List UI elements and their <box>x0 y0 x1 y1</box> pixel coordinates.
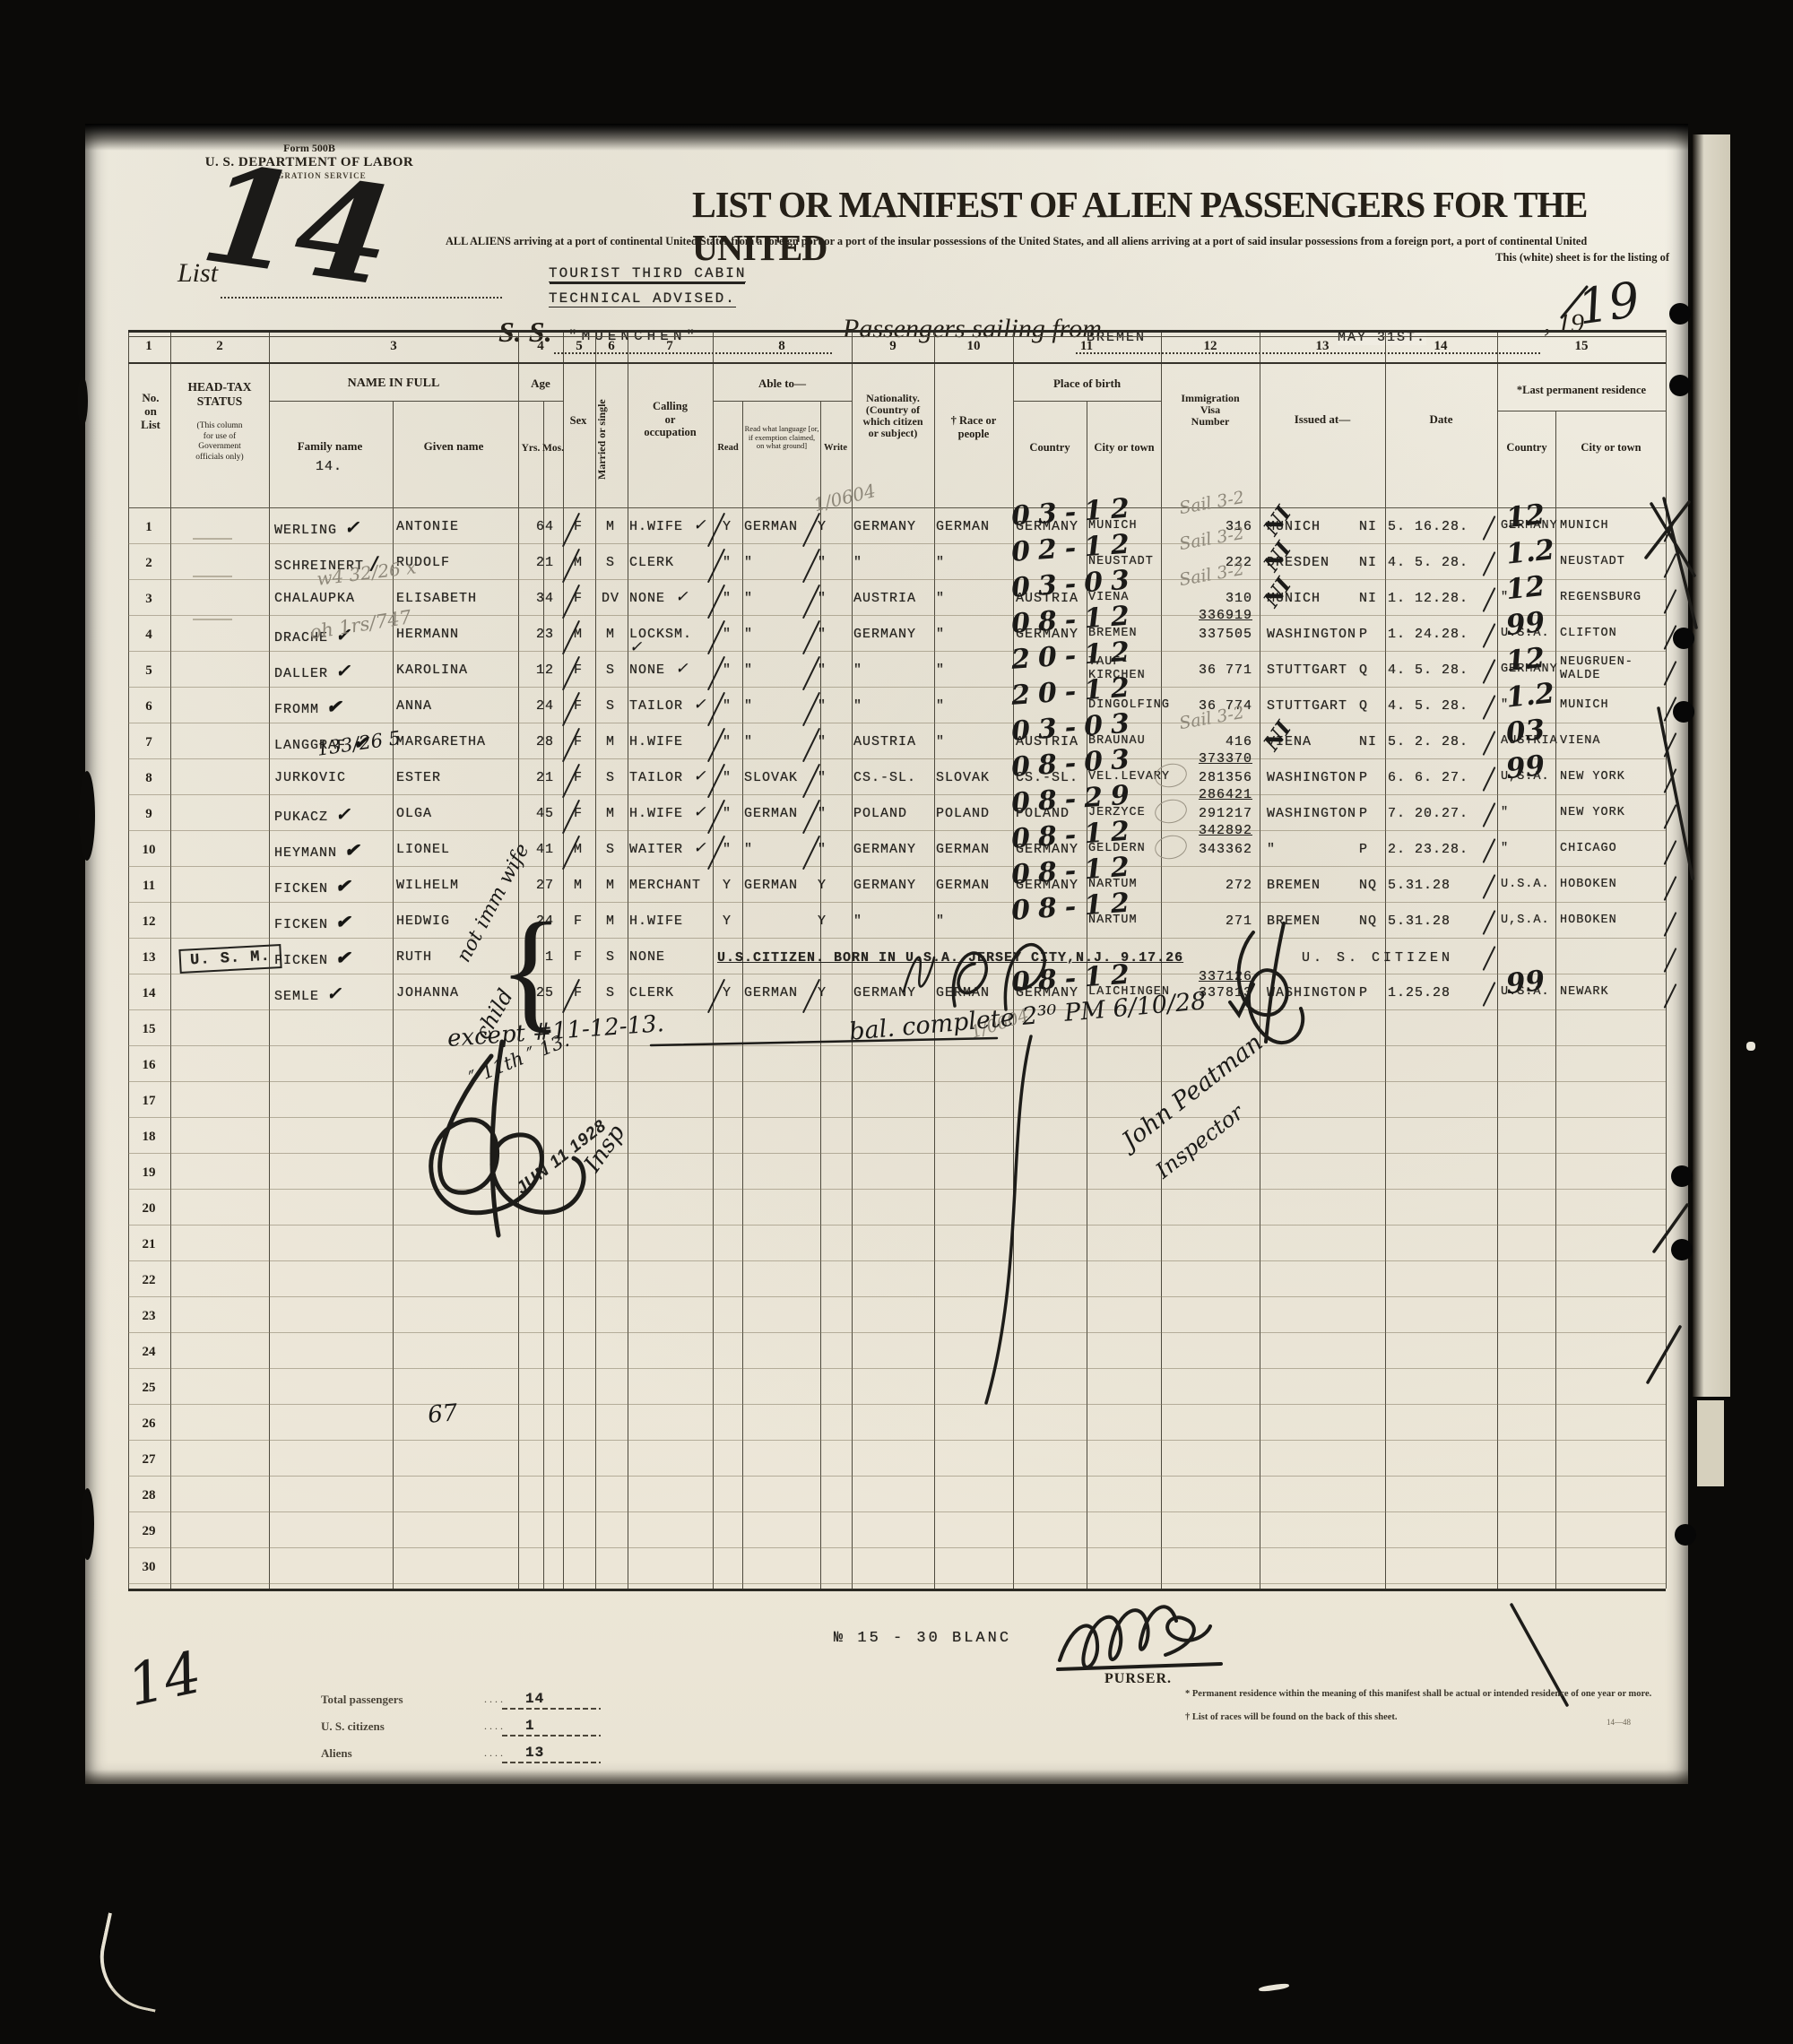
cell-fam: DALLER ✓ <box>274 663 394 681</box>
total-underline <box>502 1708 601 1710</box>
cell-iss: BREMEN <box>1267 879 1358 893</box>
cell-giv: ESTER <box>396 771 511 785</box>
column-header: Write <box>819 443 852 455</box>
cell-sex: M <box>565 879 592 893</box>
column-header: Calling or occupation <box>628 400 713 439</box>
row-number: 30 <box>131 1560 167 1575</box>
row-number: 2 <box>131 556 167 571</box>
row-rule <box>128 1009 1666 1010</box>
cell-lang: " <box>744 663 818 678</box>
column-header: Age <box>518 377 563 390</box>
row-number: 27 <box>131 1452 167 1468</box>
pencil-dash <box>193 576 232 577</box>
class-stamp: TOURIST THIRD CABIN <box>549 265 746 282</box>
total-value: 14 <box>525 1691 544 1707</box>
cell-mar: S <box>595 771 626 785</box>
column-number: 11 <box>1069 339 1104 354</box>
row-rule <box>128 687 1666 688</box>
cell-lang: " <box>744 556 818 570</box>
cell-rci: HOBOKEN <box>1560 914 1662 928</box>
cell-lang: GERMAN <box>744 986 818 1000</box>
punch-hole <box>1673 701 1694 723</box>
column-number: 7 <box>652 339 688 354</box>
row-number: 10 <box>131 843 167 858</box>
pencil-dash <box>193 619 232 620</box>
row-rule <box>128 1189 1666 1190</box>
row-number: 1 <box>131 520 167 535</box>
cell-call: LOCKSM. ✓ <box>629 628 712 656</box>
row-rule <box>128 1296 1666 1297</box>
cell-lang: " <box>744 628 818 642</box>
cell-race: GERMAN <box>936 520 1011 534</box>
cell-rci: CLIFTON <box>1560 628 1662 641</box>
family-checkmark: ✓ <box>328 803 351 825</box>
cell-mar: S <box>595 699 626 714</box>
column-header: Nationality. (Country of which citizen o… <box>852 393 934 439</box>
cell-visa2: 337126 <box>1161 969 1252 984</box>
column-header: Mos. <box>541 443 565 455</box>
column-number: 15 <box>1563 339 1599 354</box>
cell-code: NI <box>1359 520 1386 534</box>
row-number: 13 <box>131 950 167 966</box>
cell-giv: KAROLINA <box>396 663 511 678</box>
row-rule <box>128 1368 1666 1369</box>
family-checkmark: ✔ <box>328 911 351 932</box>
column-header: Country <box>1015 441 1085 455</box>
cell-iss: WASHINGTON <box>1267 807 1358 821</box>
cell-mar: M <box>595 879 626 893</box>
white-speck <box>1746 1042 1755 1051</box>
family-checkmark: ✓ <box>319 983 342 1004</box>
punch-hole <box>1673 628 1694 649</box>
cell-yrs: 64 <box>518 520 554 534</box>
calling-checkmark: ✓ <box>665 590 689 607</box>
cell-nat: AUSTRIA <box>853 735 932 749</box>
column-number: 4 <box>523 339 559 354</box>
handwritten-ink2: 67 <box>427 1399 459 1429</box>
cell-code: P <box>1359 771 1386 785</box>
row-number: 23 <box>131 1309 167 1324</box>
row-rule <box>128 974 1666 974</box>
cell-code: P <box>1359 628 1386 642</box>
column-header: Given name <box>400 439 507 453</box>
header-split-rule <box>1013 401 1161 402</box>
hw-residence-code: 1.2 <box>1504 677 1555 714</box>
column-number: 13 <box>1304 339 1340 354</box>
cell-read: Y <box>714 879 741 893</box>
column-header: Read what language [or, if exemption cla… <box>744 425 819 451</box>
table-column-line <box>563 330 564 1589</box>
cell-iss: BREMEN <box>1267 914 1358 929</box>
cell-visa: 337505 <box>1161 628 1252 642</box>
hw-residence-code: 12 <box>1504 498 1546 534</box>
advised-stamp: TECHNICAL ADVISED. <box>549 290 736 307</box>
row-number: 18 <box>131 1130 167 1145</box>
header-bottom-rule <box>128 507 1666 508</box>
cell-visa: 310 <box>1161 592 1252 606</box>
cell-yrs: 12 <box>518 663 554 678</box>
cell-iss: WASHINGTON <box>1267 771 1358 785</box>
table-column-line <box>128 330 129 1589</box>
header-split-rule <box>269 401 518 402</box>
row-rule <box>128 758 1666 759</box>
cell-date: 4. 5. 28. <box>1388 663 1488 678</box>
calling-checkmark: ✓ <box>683 805 706 822</box>
row-rule <box>128 1153 1666 1154</box>
cell-call: TAILOR ✓ <box>629 771 712 785</box>
cell-nat: GERMANY <box>853 843 932 857</box>
row-rule <box>128 1332 1666 1333</box>
cell-call: H.WIFE <box>629 914 712 929</box>
cell-rco: " <box>1501 807 1555 820</box>
row-number: 29 <box>131 1524 167 1539</box>
hw-residence-code: 1.2 <box>1504 533 1555 570</box>
cell-mar: S <box>595 950 626 965</box>
cell-mar: M <box>595 628 626 642</box>
cell-fam: HEYMANN ✔ <box>274 843 394 861</box>
cell-fam: SEMLE ✓ <box>274 986 394 1004</box>
column-number: 14 <box>1423 339 1459 354</box>
cell-race: POLAND <box>936 807 1011 821</box>
paper-curl <box>91 1912 174 2012</box>
punch-hole <box>1671 1239 1693 1260</box>
cell-rci: HOBOKEN <box>1560 879 1662 892</box>
cell-write: Y <box>808 914 836 929</box>
column-header: Country <box>1499 441 1555 455</box>
cell-iss: WASHINGTON <box>1267 628 1358 642</box>
cell-lang: " <box>744 592 818 606</box>
cell-date: 1.25.28 <box>1388 986 1488 1000</box>
cell-code: P <box>1359 807 1386 821</box>
cell-yrs: 27 <box>518 879 554 893</box>
table-top-rule2 <box>128 336 1666 337</box>
table-subcolumn-line <box>1555 411 1556 1589</box>
row-number: 20 <box>131 1201 167 1217</box>
cell-mar: M <box>595 735 626 749</box>
cell-mar: S <box>595 663 626 678</box>
row-rule <box>128 1404 1666 1405</box>
row-number: 6 <box>131 699 167 715</box>
column-header: *Last permanent residence <box>1499 384 1664 397</box>
table-bottom-rule <box>128 1589 1666 1591</box>
row-rule <box>128 1547 1666 1548</box>
column-header: City or town <box>1088 441 1160 455</box>
cell-nat: " <box>853 663 932 678</box>
row-number: 7 <box>131 735 167 750</box>
cell-code: NQ <box>1359 879 1386 893</box>
pencil-dash <box>193 538 232 540</box>
cell-yrs: 28 <box>518 735 554 749</box>
cell-visa: 36 771 <box>1161 663 1252 678</box>
cell-nat: GERMANY <box>853 879 932 893</box>
subtitle-line2: This (white) sheet is for the listing of <box>1255 251 1669 264</box>
cell-yrs: 21 <box>518 771 554 785</box>
column-header: Date <box>1385 412 1497 426</box>
cell-code: P <box>1359 986 1386 1000</box>
cell-race: " <box>936 556 1011 570</box>
cell-rci: MUNICH <box>1560 520 1662 533</box>
column-header: Immigration Visa Number <box>1163 393 1258 428</box>
cell-read: Y <box>714 914 741 929</box>
cell-lang: SLOVAK <box>744 771 818 785</box>
column-header: (This column for use of Government offic… <box>176 421 264 463</box>
cell-mar: S <box>595 556 626 570</box>
column-number: 12 <box>1192 339 1228 354</box>
cell-call: TAILOR ✓ <box>629 699 712 714</box>
cell-rci: NEUSTADT <box>1560 556 1662 569</box>
form-small-number: 14—48 <box>1607 1718 1631 1727</box>
purser-label: PURSER. <box>1104 1671 1172 1687</box>
table-column-line <box>170 330 171 1589</box>
blanc-note: № 15 - 30 BLANC <box>834 1630 1011 1647</box>
hw-residence-code: 12 <box>1504 642 1546 678</box>
cell-nat: " <box>853 556 932 570</box>
family-checkmark: ✔ <box>328 947 351 968</box>
cell-call: NONE ✓ <box>629 663 712 678</box>
cell-call: H.WIFE ✓ <box>629 520 712 534</box>
cell-visa2: 336919 <box>1161 608 1252 623</box>
cell-rci: NEWARK <box>1560 986 1662 1000</box>
column-header: Read <box>713 443 743 455</box>
cell-rci: NEW YORK <box>1560 807 1662 820</box>
family-sheet-number: 14. <box>316 459 342 474</box>
row-number: 9 <box>131 807 167 822</box>
cell-date: 4. 5. 28. <box>1388 556 1488 570</box>
handwritten-hwXL: 14 <box>194 134 401 316</box>
row-rule <box>128 794 1666 795</box>
cell-giv: OLGA <box>396 807 511 821</box>
row-rule <box>128 723 1666 723</box>
cell-mar: M <box>595 807 626 821</box>
header-split-rule <box>713 401 852 402</box>
cell-code: NI <box>1359 735 1386 749</box>
cell-call: CLERK <box>629 556 712 570</box>
row-number: 22 <box>131 1273 167 1288</box>
cell-mar: DV <box>595 592 626 606</box>
total-underline <box>502 1762 601 1763</box>
calling-checkmark: ✓ <box>683 697 706 715</box>
cell-code: P <box>1359 843 1386 857</box>
calling-checkmark: ✓ <box>665 662 689 679</box>
row-rule <box>128 651 1666 652</box>
cell-nat: " <box>853 699 932 714</box>
cell-fam: FICKEN ✔ <box>274 879 394 896</box>
cell-giv: HERMANN <box>396 628 511 642</box>
cell-visa: 272 <box>1161 879 1252 893</box>
hw-residence-code: 99 <box>1504 965 1546 1000</box>
cell-race: " <box>936 735 1011 749</box>
cell-giv: ANTONIE <box>396 520 511 534</box>
row-rule <box>128 1583 1666 1584</box>
total-value: 1 <box>525 1718 535 1734</box>
cell-rci: REGENSBURG <box>1560 592 1662 605</box>
us-citizen-note2: U. S. CITIZEN <box>1302 950 1508 966</box>
cell-date: 5.31.28 <box>1388 879 1488 893</box>
row-rule <box>128 543 1666 544</box>
cell-date: 2. 23.28. <box>1388 843 1488 857</box>
cell-giv: ELISABETH <box>396 592 511 606</box>
row-number: 26 <box>131 1416 167 1432</box>
cell-rci: VIENA <box>1560 735 1662 749</box>
column-header: HEAD-TAX STATUS <box>172 380 267 408</box>
column-header: Sex <box>561 414 595 428</box>
cell-lang: " <box>744 735 818 749</box>
cell-call: NONE ✓ <box>629 592 712 606</box>
cell-call: WAITER ✓ <box>629 843 712 857</box>
cell-lang: GERMAN <box>744 520 818 534</box>
cell-date: 1. 24.28. <box>1388 628 1488 642</box>
cell-visa: 416 <box>1161 735 1252 749</box>
cell-race: GERMAN <box>936 843 1011 857</box>
cell-race: GERMAN <box>936 879 1011 893</box>
column-number: 1 <box>131 339 167 354</box>
header-number-rule <box>128 362 1666 364</box>
cell-rci: NEUGRUEN- WALDE <box>1560 656 1662 682</box>
cell-giv: ANNA <box>396 699 511 714</box>
cell-call: H.WIFE ✓ <box>629 807 712 821</box>
table-column-line <box>1666 330 1667 1589</box>
cell-giv: LIONEL <box>396 843 511 857</box>
cell-mar: S <box>595 843 626 857</box>
row-number: 12 <box>131 914 167 930</box>
table-column-line <box>628 330 628 1589</box>
cell-race: " <box>936 663 1011 678</box>
column-header: Family name <box>276 439 384 453</box>
footnote-residence: * Permanent residence within the meaning… <box>1185 1689 1687 1699</box>
column-header: City or town <box>1560 441 1662 455</box>
cell-fam: FROMM ✔ <box>274 699 394 717</box>
cell-mar: M <box>595 520 626 534</box>
cell-iss: STUTTGART <box>1267 699 1358 714</box>
row-rule <box>128 1511 1666 1512</box>
cell-race: " <box>936 699 1011 714</box>
row-rule <box>128 830 1666 831</box>
total-underline <box>502 1735 601 1737</box>
cell-fam: WERLING ✓ <box>274 520 394 538</box>
family-checkmark: ✔ <box>328 875 351 896</box>
cell-rci: CHICAGO <box>1560 843 1662 856</box>
column-header: No. on List <box>131 391 170 431</box>
cell-fam: FICKEN ✔ <box>274 914 394 932</box>
cell-race: " <box>936 628 1011 642</box>
calling-checkmark: ✓ <box>629 640 643 657</box>
cell-lang: " <box>744 699 818 714</box>
row-number: 4 <box>131 628 167 643</box>
total-label: Aliens <box>321 1746 482 1761</box>
row-rule <box>128 1260 1666 1261</box>
cell-yrs: 24 <box>518 699 554 714</box>
cell-iss: WASHINGTON <box>1267 986 1358 1000</box>
row-number: 15 <box>131 1022 167 1037</box>
adjacent-sheet-edge-lower <box>1697 1400 1724 1486</box>
column-header: Yrs. <box>518 443 543 455</box>
hw-residence-code: 99 <box>1504 749 1546 785</box>
cell-iss: " <box>1267 843 1358 857</box>
cell-yrs: 34 <box>518 592 554 606</box>
row-number: 17 <box>131 1094 167 1109</box>
handwritten-hwL: 19 <box>1574 271 1643 335</box>
cell-rco: U,S.A. <box>1501 914 1555 928</box>
cell-call: H.WIFE <box>629 735 712 749</box>
total-dots: . . . . <box>484 1746 511 1760</box>
column-header: Issued at— <box>1260 412 1385 426</box>
cell-fam: JURKOVIC <box>274 771 394 785</box>
cell-lang: GERMAN <box>744 807 818 821</box>
row-number: 19 <box>131 1165 167 1181</box>
cell-yrs: 45 <box>518 807 554 821</box>
row-rule <box>128 1225 1666 1226</box>
white-speck <box>1259 1983 1290 1993</box>
cell-rco: " <box>1501 843 1555 856</box>
punch-hole <box>1669 303 1691 325</box>
row-number: 3 <box>131 592 167 607</box>
cell-race: GERMAN <box>936 986 1011 1000</box>
column-number: 10 <box>956 339 992 354</box>
cell-call: NONE <box>629 950 712 965</box>
row-rule <box>128 1117 1666 1118</box>
row-rule <box>128 1476 1666 1477</box>
cell-race: " <box>936 592 1011 606</box>
total-label: U. S. citizens <box>321 1719 482 1734</box>
cell-nat: GERMANY <box>853 520 932 534</box>
cell-lang: " <box>744 843 818 857</box>
total-dots: . . . . <box>484 1719 511 1733</box>
cell-rci: MUNICH <box>1560 699 1662 713</box>
row-rule <box>128 1045 1666 1046</box>
cell-nat: GERMANY <box>853 986 932 1000</box>
cell-code: Q <box>1359 663 1386 678</box>
cell-date: 6. 6. 27. <box>1388 771 1488 785</box>
total-dots: . . . . <box>484 1693 511 1706</box>
calling-checkmark: ✓ <box>683 841 706 858</box>
row-number: 21 <box>131 1237 167 1252</box>
cell-date: 5. 16.28. <box>1388 520 1488 534</box>
column-header: † Race or people <box>934 414 1013 440</box>
hw-residence-code: 12 <box>1504 570 1546 606</box>
row-number: 14 <box>131 986 167 1001</box>
cell-race: SLOVAK <box>936 771 1011 785</box>
cell-rco: U.S.A. <box>1501 879 1555 892</box>
cell-fam: PUKACZ ✓ <box>274 807 394 825</box>
table-top-rule <box>128 330 1666 333</box>
row-number: 16 <box>131 1058 167 1073</box>
calling-checkmark: ✓ <box>683 769 706 786</box>
cell-call: CLERK <box>629 986 712 1000</box>
cell-mar: M <box>595 914 626 929</box>
cell-iss: STUTTGART <box>1267 663 1358 678</box>
cell-fam: FICKEN ✔ <box>274 950 394 968</box>
cell-sex: F <box>565 950 592 965</box>
row-number: 28 <box>131 1488 167 1503</box>
hw-residence-code: 99 <box>1504 606 1546 642</box>
column-number: 6 <box>593 339 629 354</box>
edge-smudge <box>77 377 88 426</box>
column-number: 2 <box>202 339 238 354</box>
total-value: 13 <box>525 1745 544 1761</box>
punch-hole <box>1675 1524 1696 1546</box>
cell-date: 4. 5. 28. <box>1388 699 1488 714</box>
row-number: 25 <box>131 1381 167 1396</box>
column-header: Able to— <box>713 377 852 390</box>
column-number: 9 <box>875 339 911 354</box>
column-number: 5 <box>561 339 597 354</box>
row-rule <box>128 866 1666 867</box>
punch-hole <box>1671 1165 1693 1187</box>
hw-residence-code: 03 <box>1504 714 1546 749</box>
cell-call: MERCHANT <box>629 879 712 893</box>
cell-nat: GERMANY <box>853 628 932 642</box>
row-number: 11 <box>131 879 167 894</box>
